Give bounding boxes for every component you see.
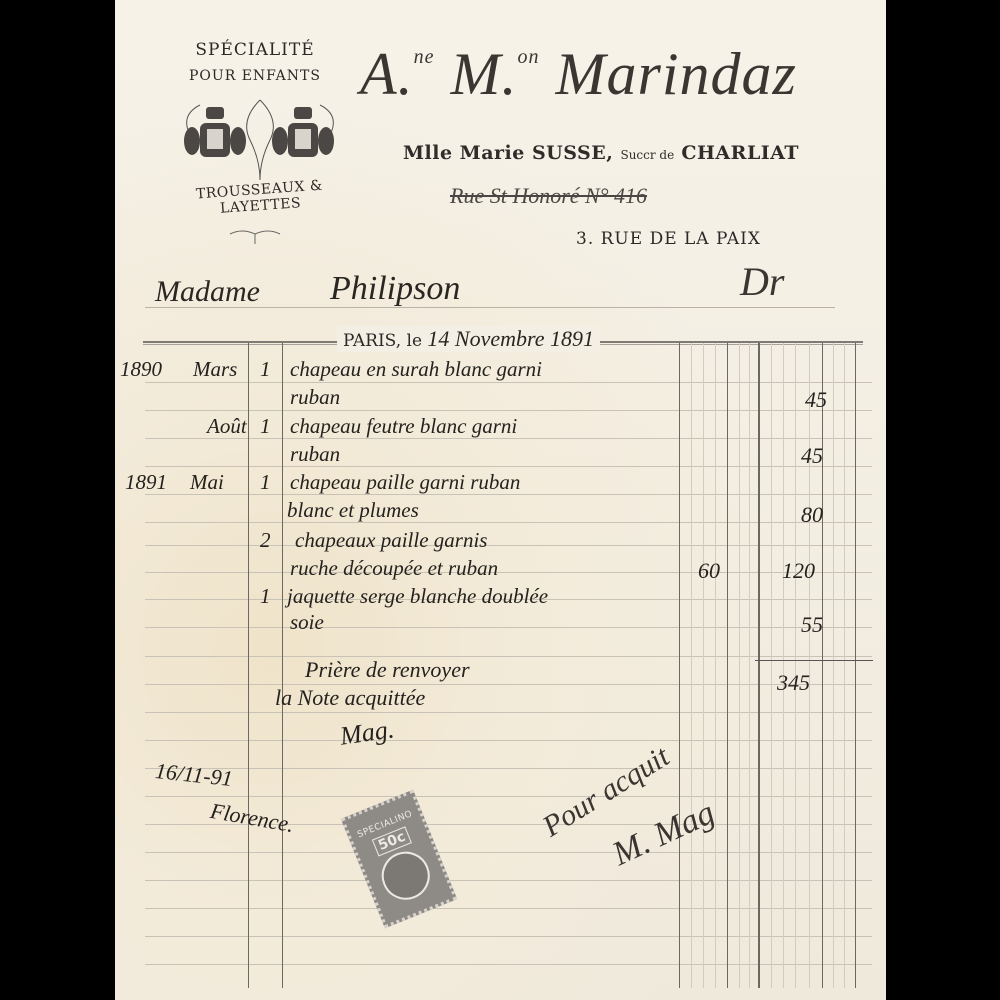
debit-mark: Dr <box>740 258 784 305</box>
ornament-icon <box>225 228 285 246</box>
item-desc-cont: ruban <box>290 442 340 467</box>
item-month: Mars <box>193 357 237 382</box>
successor-line: Mlle Marie SUSSE, Succr de CHARLIAT <box>403 142 799 164</box>
item-amount: 55 <box>773 612 823 638</box>
return-note: Prière de renvoyer <box>305 657 470 683</box>
total-amount: 345 <box>760 670 810 696</box>
dateline: PARIS, le 14 Novembre 1891 <box>337 326 600 352</box>
return-note-cont: la Note acquittée <box>275 685 425 711</box>
item-qty: 1 <box>260 470 271 495</box>
for-children-label: POUR ENFANTS <box>175 68 335 84</box>
item-desc: chapeaux paille garnis <box>295 528 487 553</box>
item-month: Août <box>207 414 247 439</box>
item-month: Mai <box>190 470 224 495</box>
item-amount: 120 <box>765 558 815 584</box>
merchant-signature: Mag. <box>338 714 396 751</box>
payment-date: 16/11-91 <box>154 758 234 792</box>
item-qty: 1 <box>260 584 271 609</box>
item-desc-cont: soie <box>290 610 324 635</box>
trousseaux-layettes-label: TROUSSEAUX & LAYETTES <box>159 175 361 221</box>
item-amount: 45 <box>773 443 823 469</box>
item-year: 1891 <box>125 470 167 495</box>
item-unit-price: 60 <box>670 558 720 584</box>
item-year: 1890 <box>120 357 162 382</box>
item-desc: chapeau en surah blanc garni <box>290 357 542 382</box>
item-desc: chapeau paille garni ruban <box>290 470 520 495</box>
old-address-struck: Rue St Honoré N° 416 <box>450 183 647 209</box>
invoice-paper: SPÉCIALITÉ POUR ENFANTS TROUSSEAUX & LAY… <box>115 0 886 1000</box>
client-salutation: Madame <box>155 275 260 309</box>
client-name: Philipson <box>330 270 460 308</box>
item-amount: 80 <box>773 502 823 528</box>
firm-name: A.ne M.on Marindaz <box>360 40 797 109</box>
new-address: 3. RUE DE LA PAIX <box>576 229 761 249</box>
item-desc-cont: ruche découpée et ruban <box>290 556 498 581</box>
item-amount: 45 <box>777 387 827 413</box>
item-desc-cont: blanc et plumes <box>287 498 419 523</box>
item-desc: jaquette serge blanche doublée <box>287 584 548 609</box>
specialty-heading: SPÉCIALITÉ <box>175 40 335 60</box>
item-qty: 2 <box>260 528 271 553</box>
item-desc-cont: ruban <box>290 385 340 410</box>
item-desc: chapeau feutre blanc garni <box>290 414 517 439</box>
item-qty: 1 <box>260 414 271 439</box>
client-underline <box>145 307 835 308</box>
total-rule <box>755 660 873 661</box>
coat-of-arms-icon <box>170 95 350 180</box>
item-qty: 1 <box>260 357 271 382</box>
